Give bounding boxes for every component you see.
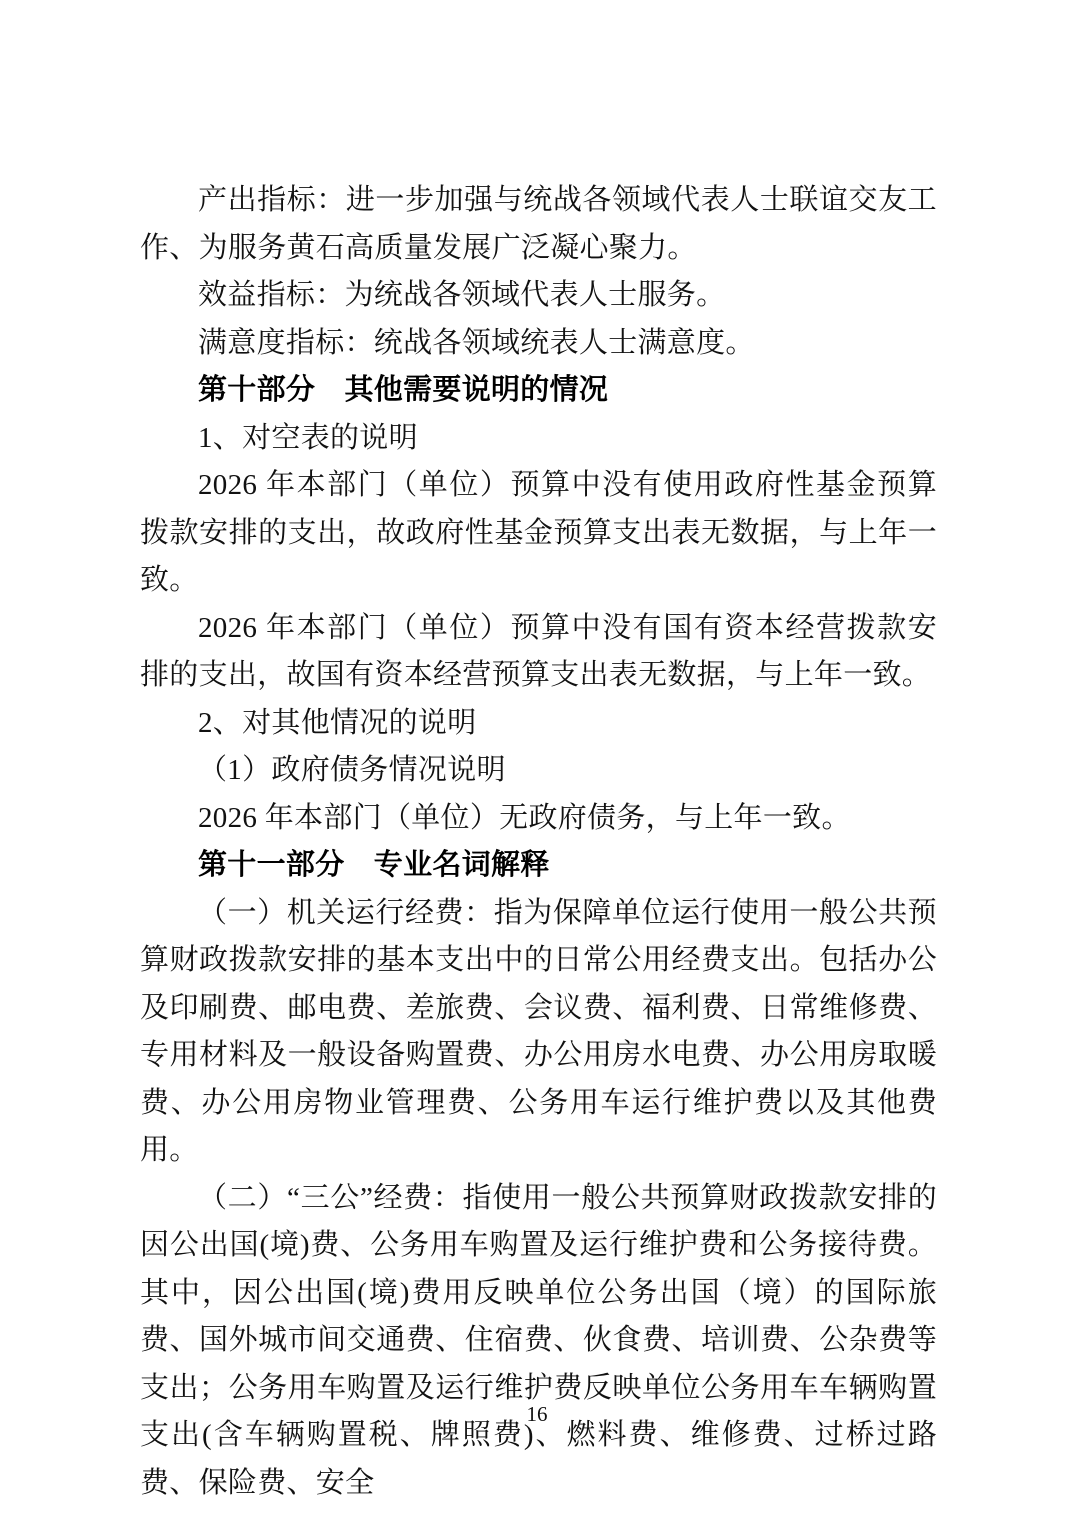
section-heading: 第十一部分 专业名词解释: [140, 842, 937, 890]
paragraph: 满意度指标：统战各领域统表人士满意度。: [140, 320, 937, 368]
paragraph: （二）“三公”经费：指使用一般公共预算财政拨款安排的因公出国(境)费、公务用车购…: [140, 1175, 937, 1508]
document-page: 产出指标：进一步加强与统战各领域代表人士联谊交友工作、为服务黄石高质量发展广泛凝…: [0, 0, 1074, 1520]
paragraph: （1）政府债务情况说明: [140, 747, 937, 795]
paragraph: 2026 年本部门（单位）预算中没有国有资本经营拨款安排的支出，故国有资本经营预…: [140, 605, 937, 700]
paragraph: 2026 年本部门（单位）无政府债务，与上年一致。: [140, 795, 937, 843]
paragraph: 产出指标：进一步加强与统战各领域代表人士联谊交友工作、为服务黄石高质量发展广泛凝…: [140, 177, 937, 272]
page-number: 16: [527, 1402, 548, 1426]
paragraph: 1、对空表的说明: [140, 415, 937, 463]
paragraph: （一）机关运行经费：指为保障单位运行使用一般公共预算财政拨款安排的基本支出中的日…: [140, 890, 937, 1175]
paragraph: 效益指标：为统战各领域代表人士服务。: [140, 272, 937, 320]
page-footer: 16: [0, 1402, 1074, 1427]
section-heading: 第十部分 其他需要说明的情况: [140, 367, 937, 415]
document-body: 产出指标：进一步加强与统战各领域代表人士联谊交友工作、为服务黄石高质量发展广泛凝…: [140, 177, 937, 1507]
paragraph: 2026 年本部门（单位）预算中没有使用政府性基金预算拨款安排的支出，故政府性基…: [140, 462, 937, 605]
paragraph: 2、对其他情况的说明: [140, 700, 937, 748]
